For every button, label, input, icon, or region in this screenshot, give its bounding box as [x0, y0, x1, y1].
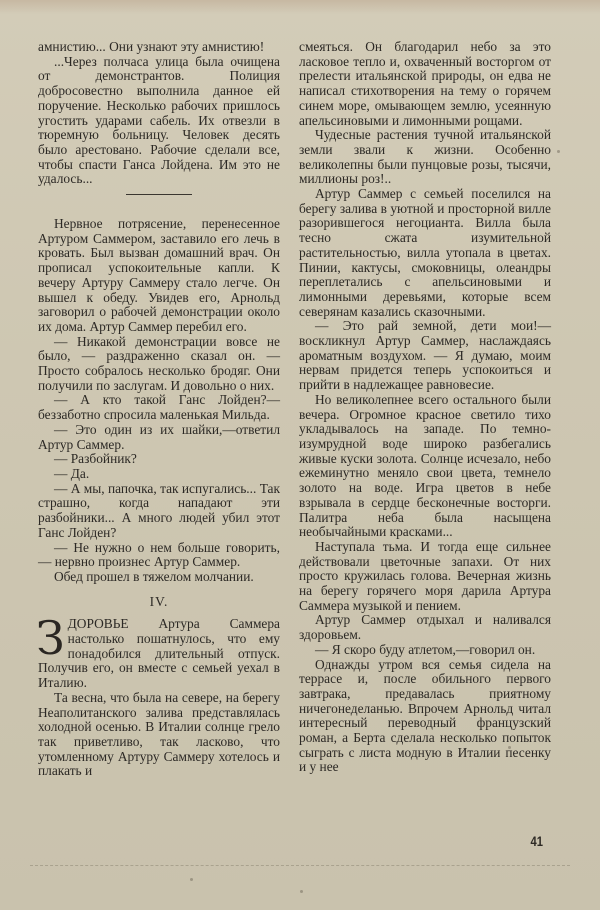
- paper-speck: [557, 150, 560, 153]
- paragraph: — Никакой демонстрации вовсе не было, — …: [38, 335, 280, 394]
- paragraph: ...Через полчаса улица была очищена от д…: [38, 55, 280, 187]
- paragraph: амнистию... Они узнают эту амнистию!: [38, 40, 280, 55]
- paragraph: Однажды утром вся семья сидела на террас…: [299, 658, 551, 776]
- paper-speck: [508, 746, 511, 749]
- paragraph: Та весна, что была на севере, на берегу …: [38, 691, 280, 779]
- paragraph: — Это один из их шайки,—ответил Артур Са…: [38, 423, 280, 452]
- section-separator: [126, 194, 192, 195]
- paragraph: Обед прошел в тяжелом молчании.: [38, 570, 280, 585]
- paragraph: Артур Саммер с семьей поселился на берег…: [299, 187, 551, 319]
- page-top-edge: [0, 0, 600, 14]
- paper-speck: [190, 878, 193, 881]
- paragraph: — А кто такой Ганс Лойден?—беззаботно сп…: [38, 393, 280, 422]
- chapter-heading: IV.: [38, 595, 280, 610]
- left-column: амнистию... Они узнают эту амнистию! ...…: [38, 40, 280, 779]
- chapter-opening-paragraph: ЗДОРОВЬЕ Артура Саммера настолько пошатн…: [38, 617, 280, 691]
- paragraph: Артур Саммер отдыхал и наливался здоровь…: [299, 613, 551, 642]
- paragraph: — Это рай земной, дети мои!—воскликнул А…: [299, 319, 551, 393]
- paragraph: — А мы, папочка, так испугались... Так с…: [38, 482, 280, 541]
- paragraph: — Я скоро буду атлетом,—говорил он.: [299, 643, 551, 658]
- paragraph: — Разбойник?: [38, 452, 280, 467]
- book-page: амнистию... Они узнают эту амнистию! ...…: [0, 0, 600, 910]
- paragraph: Чудесные растения тучной итальянской зем…: [299, 128, 551, 187]
- right-column: смеяться. Он благодарил небо за это ласк…: [299, 40, 551, 775]
- paragraph: Но великолепнее всего остального были ве…: [299, 393, 551, 540]
- paragraph: — Да.: [38, 467, 280, 482]
- paragraph: — Не нужно о нем больше говорить, — нерв…: [38, 541, 280, 570]
- paragraph: Нервное потрясение, перенесенное Артуром…: [38, 217, 280, 335]
- paragraph: Наступала тьма. И тогда еще сильнее дейс…: [299, 540, 551, 614]
- paper-crease: [30, 865, 570, 866]
- drop-cap: З: [36, 619, 65, 657]
- paper-speck: [300, 890, 303, 893]
- paragraph: смеяться. Он благодарил небо за это ласк…: [299, 40, 551, 128]
- page-number: 41: [531, 833, 543, 849]
- chapter-opening-text: ДОРОВЬЕ Артура Саммера настолько пошатну…: [38, 616, 280, 690]
